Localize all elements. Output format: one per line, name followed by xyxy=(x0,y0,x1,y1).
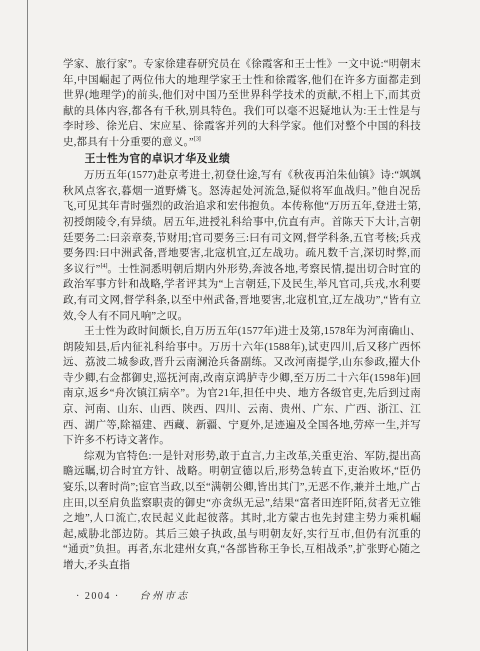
page-number: · 2004 · xyxy=(63,589,120,605)
paragraph-intro: 学家、旅行家”。专家徐建春研究员在《徐霞客和王士性》一文中说:“明朝末年,中国崛… xyxy=(63,57,421,151)
paragraph-intro-text: 学家、旅行家”。专家徐建春研究员在《徐霞客和王士性》一文中说:“明朝末年,中国崛… xyxy=(63,59,421,148)
page-footer: · 2004 · 台州市志 xyxy=(63,589,421,605)
section-heading: 王士性为官的卓识才华及业绩 xyxy=(63,152,421,168)
footnote-ref-3: [3] xyxy=(194,135,201,142)
scanned-document-page: { "page": { "background_color": "#f3f2ef… xyxy=(0,0,480,651)
scan-artifact-line xyxy=(27,0,28,651)
book-title: 台州市志 xyxy=(140,589,190,605)
paragraph-summary: 综观为官特色:一是针对形势,敢于直言,力主改革,关重吏治、军防,提出高瞻远瞩,切… xyxy=(63,449,421,574)
paragraph-career-text-after: 。士性洞悉明朝后期内外形势,奔波各地,考察民情,提出切合时宜的政治军事方针和战略… xyxy=(63,264,421,322)
paragraph-career-text-before: 万历五年(1577)赴京考进士,初登仕途,写有《秋夜再泊朱仙镇》诗:“飒飒秋风点… xyxy=(63,170,421,275)
paragraph-offices: 王士性为政时间颇长,自万历五年(1577年)进士及第,1578年为河南确山、朗陵… xyxy=(63,324,421,449)
paragraph-career: 万历五年(1577)赴京考进士,初登仕途,写有《秋夜再泊朱仙镇》诗:“飒飒秋风点… xyxy=(63,168,421,324)
text-block: 学家、旅行家”。专家徐建春研究员在《徐霞客和王士性》一文中说:“明朝末年,中国崛… xyxy=(63,57,421,604)
